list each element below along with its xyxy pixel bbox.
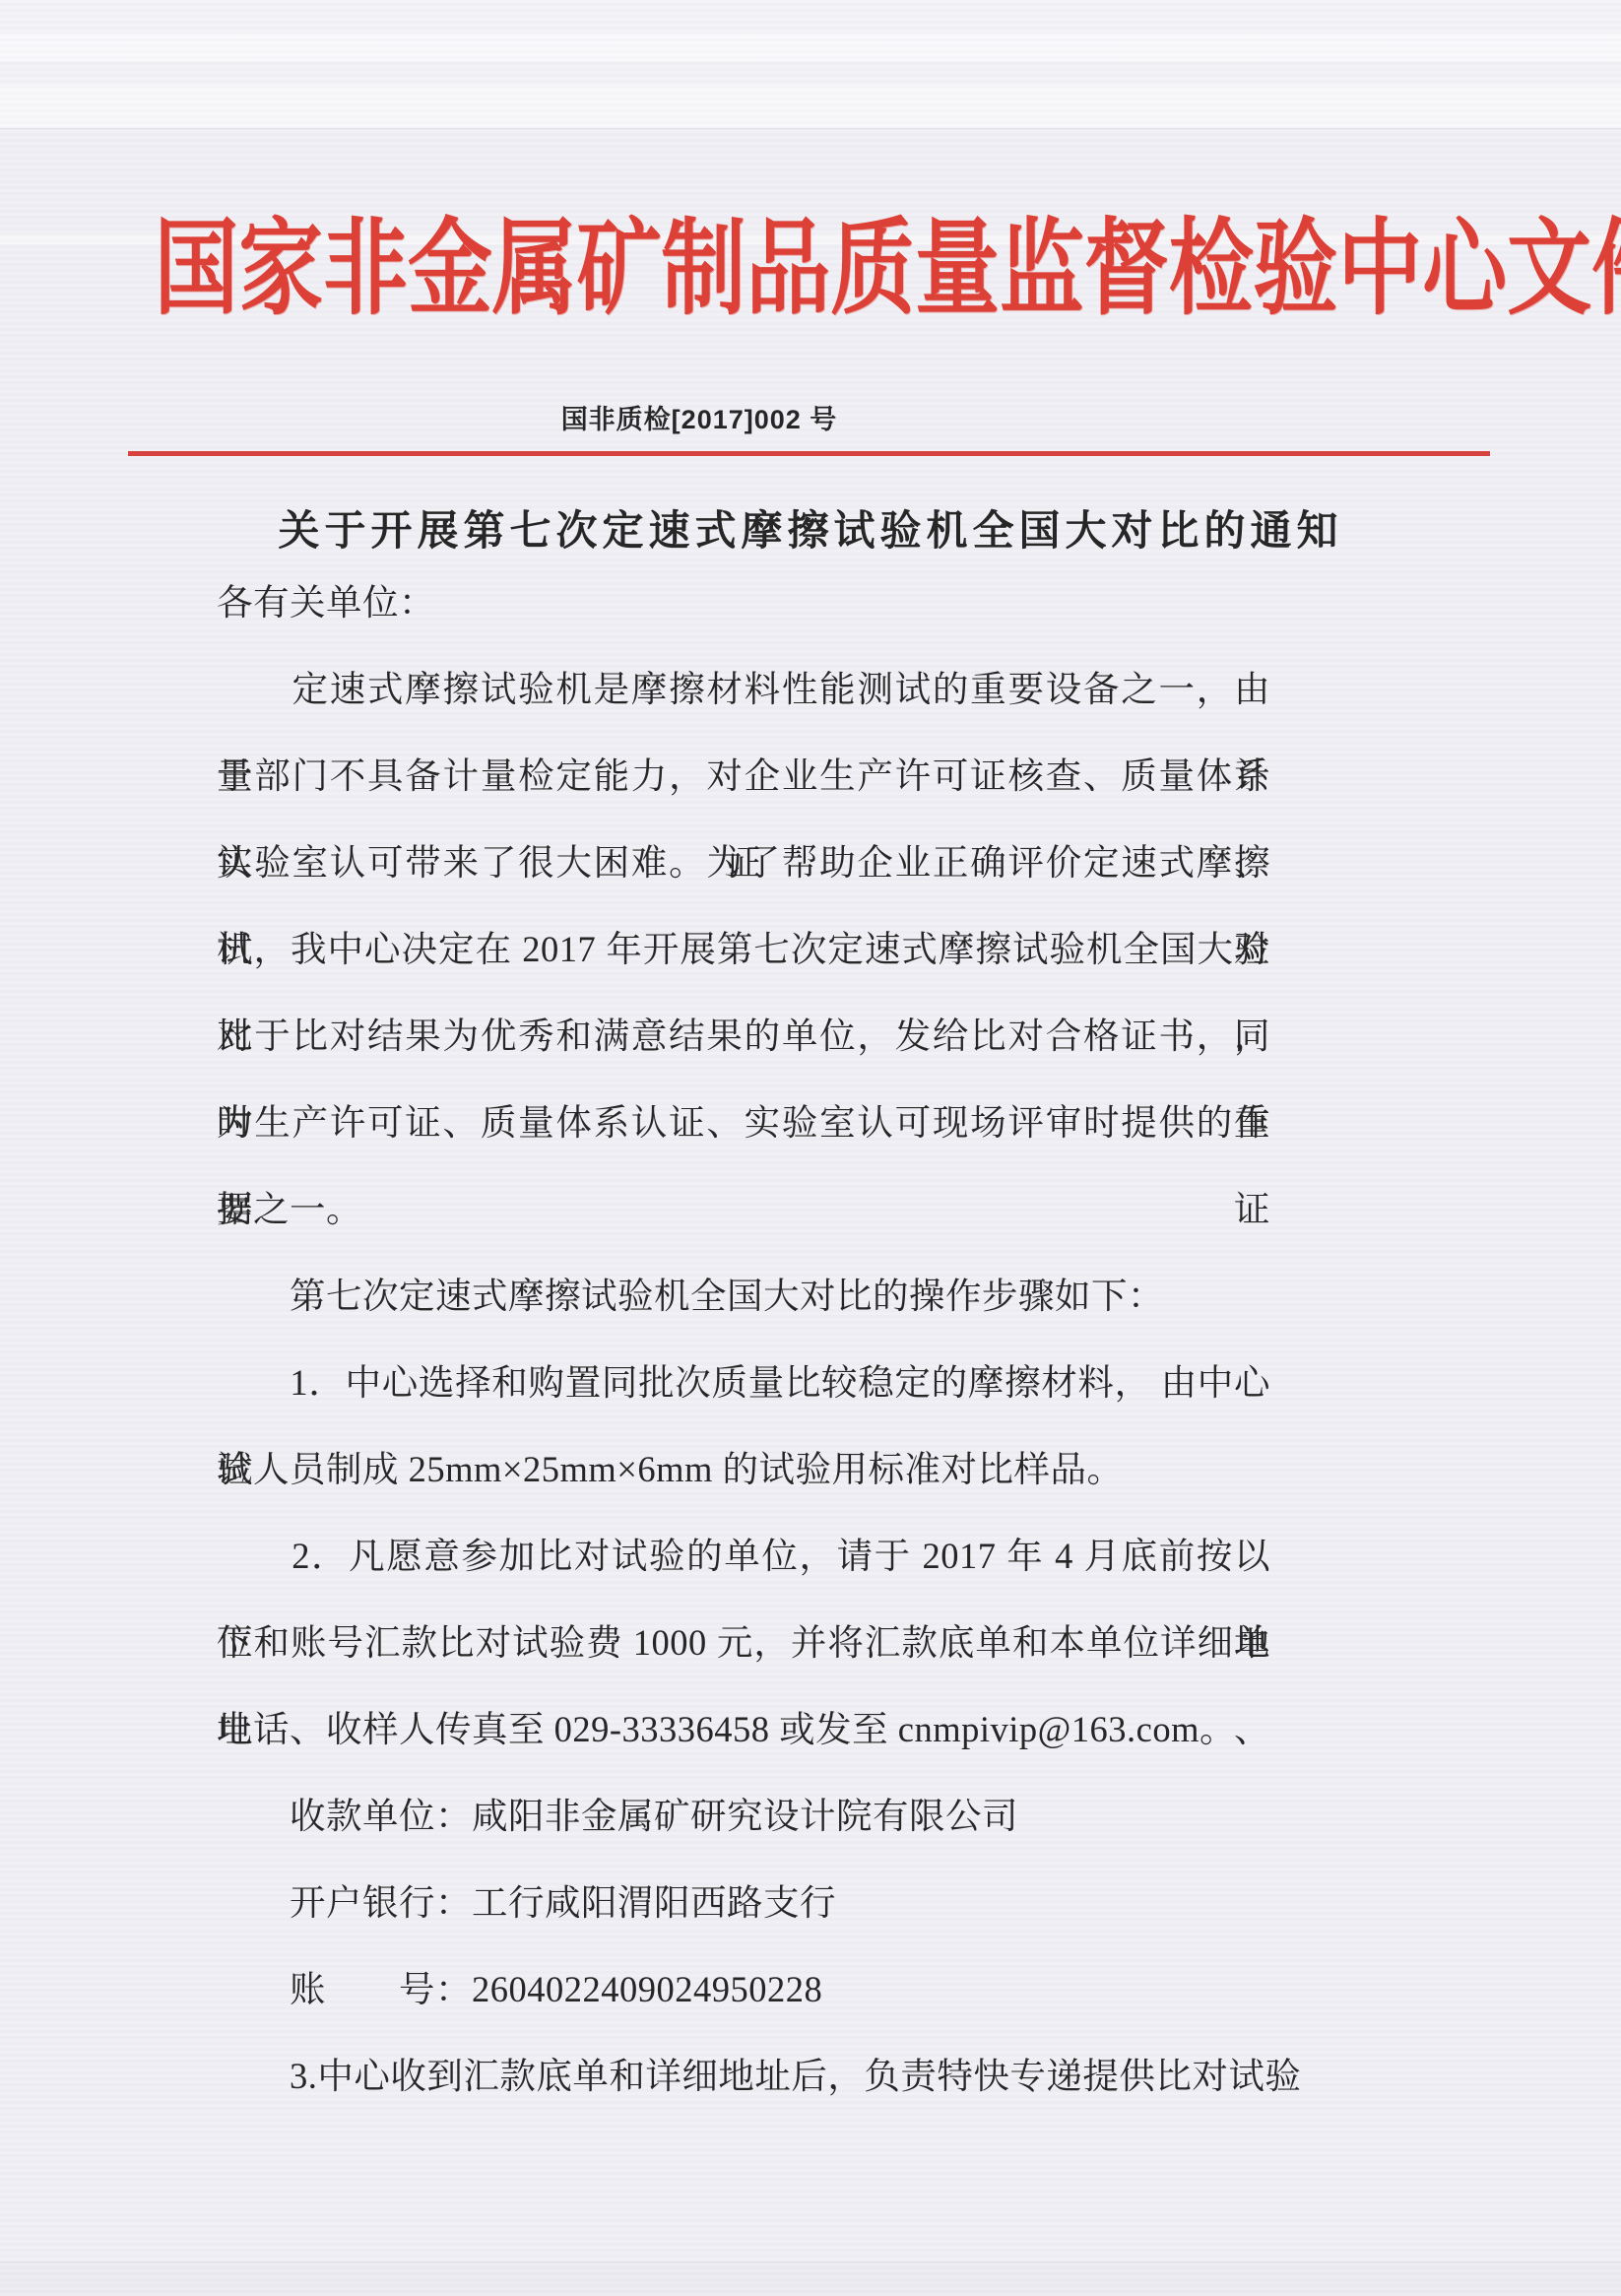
body-line: 机，我中心决定在 2017 年开展第七次定速式摩擦试验机全国大对比，	[217, 906, 1270, 993]
body-line: 2．凡愿意参加比对试验的单位，请于 2017 年 4 月底前按以下单	[217, 1513, 1270, 1600]
letterhead-title: 国家非金属矿制品质量监督检验中心文件	[154, 205, 1466, 335]
scan-artifact	[0, 85, 1621, 129]
salutation-line: 各有关单位：	[217, 559, 1270, 646]
body-line: 量部门不具备计量检定能力，对企业生产许可证核查、质量体系认证、	[217, 733, 1270, 820]
account-line: 账 号：2604022409024950228	[217, 1946, 1270, 2033]
body-line: 3.中心收到汇款底单和详细地址后，负责特快专递提供比对试验	[217, 2033, 1270, 2120]
document-body: 各有关单位： 定速式摩擦试验机是摩擦材料性能测试的重要设备之一，由于计 量部门不…	[217, 559, 1270, 2120]
body-line: 定速式摩擦试验机是摩擦材料性能测试的重要设备之一，由于计	[217, 646, 1270, 733]
scan-artifact	[0, 2262, 1621, 2296]
body-line: 电话、收样人传真至 029-33336458 或发至 cnmpivip@163.…	[217, 1686, 1270, 1773]
red-divider	[128, 451, 1490, 456]
body-line: 对于比对结果为优秀和满意结果的单位，发给比对合格证书，同时作	[217, 993, 1270, 1080]
body-line: 实验室认可带来了很大困难。为了帮助企业正确评价定速式摩擦试验	[217, 820, 1270, 906]
body-line: 位和账号汇款比对试验费 1000 元，并将汇款底单和本单位详细地址、	[217, 1600, 1270, 1686]
body-line: 验人员制成 25mm×25mm×6mm 的试验用标准对比样品。	[217, 1426, 1270, 1513]
scan-artifact	[0, 33, 1621, 61]
payee-line: 收款单位：咸阳非金属矿研究设计院有限公司	[217, 1773, 1270, 1860]
document-number: 国非质检[2017]002 号	[0, 398, 1398, 436]
document-title: 关于开展第七次定速式摩擦试验机全国大对比的通知	[0, 498, 1621, 558]
scanned-document-page: 国家非金属矿制品质量监督检验中心文件 国非质检[2017]002 号 关于开展第…	[0, 0, 1621, 2296]
body-line: 1．中心选择和购置同批次质量比较稳定的摩擦材料， 由中心试	[217, 1340, 1270, 1426]
scan-artifact	[0, 0, 1621, 33]
body-line: 第七次定速式摩擦试验机全国大对比的操作步骤如下：	[217, 1253, 1270, 1340]
scan-artifact	[0, 61, 1621, 85]
body-line: 为生产许可证、质量体系认证、实验室认可现场评审时提供的重要证	[217, 1080, 1270, 1166]
bank-line: 开户银行：工行咸阳渭阳西路支行	[217, 1860, 1270, 1946]
